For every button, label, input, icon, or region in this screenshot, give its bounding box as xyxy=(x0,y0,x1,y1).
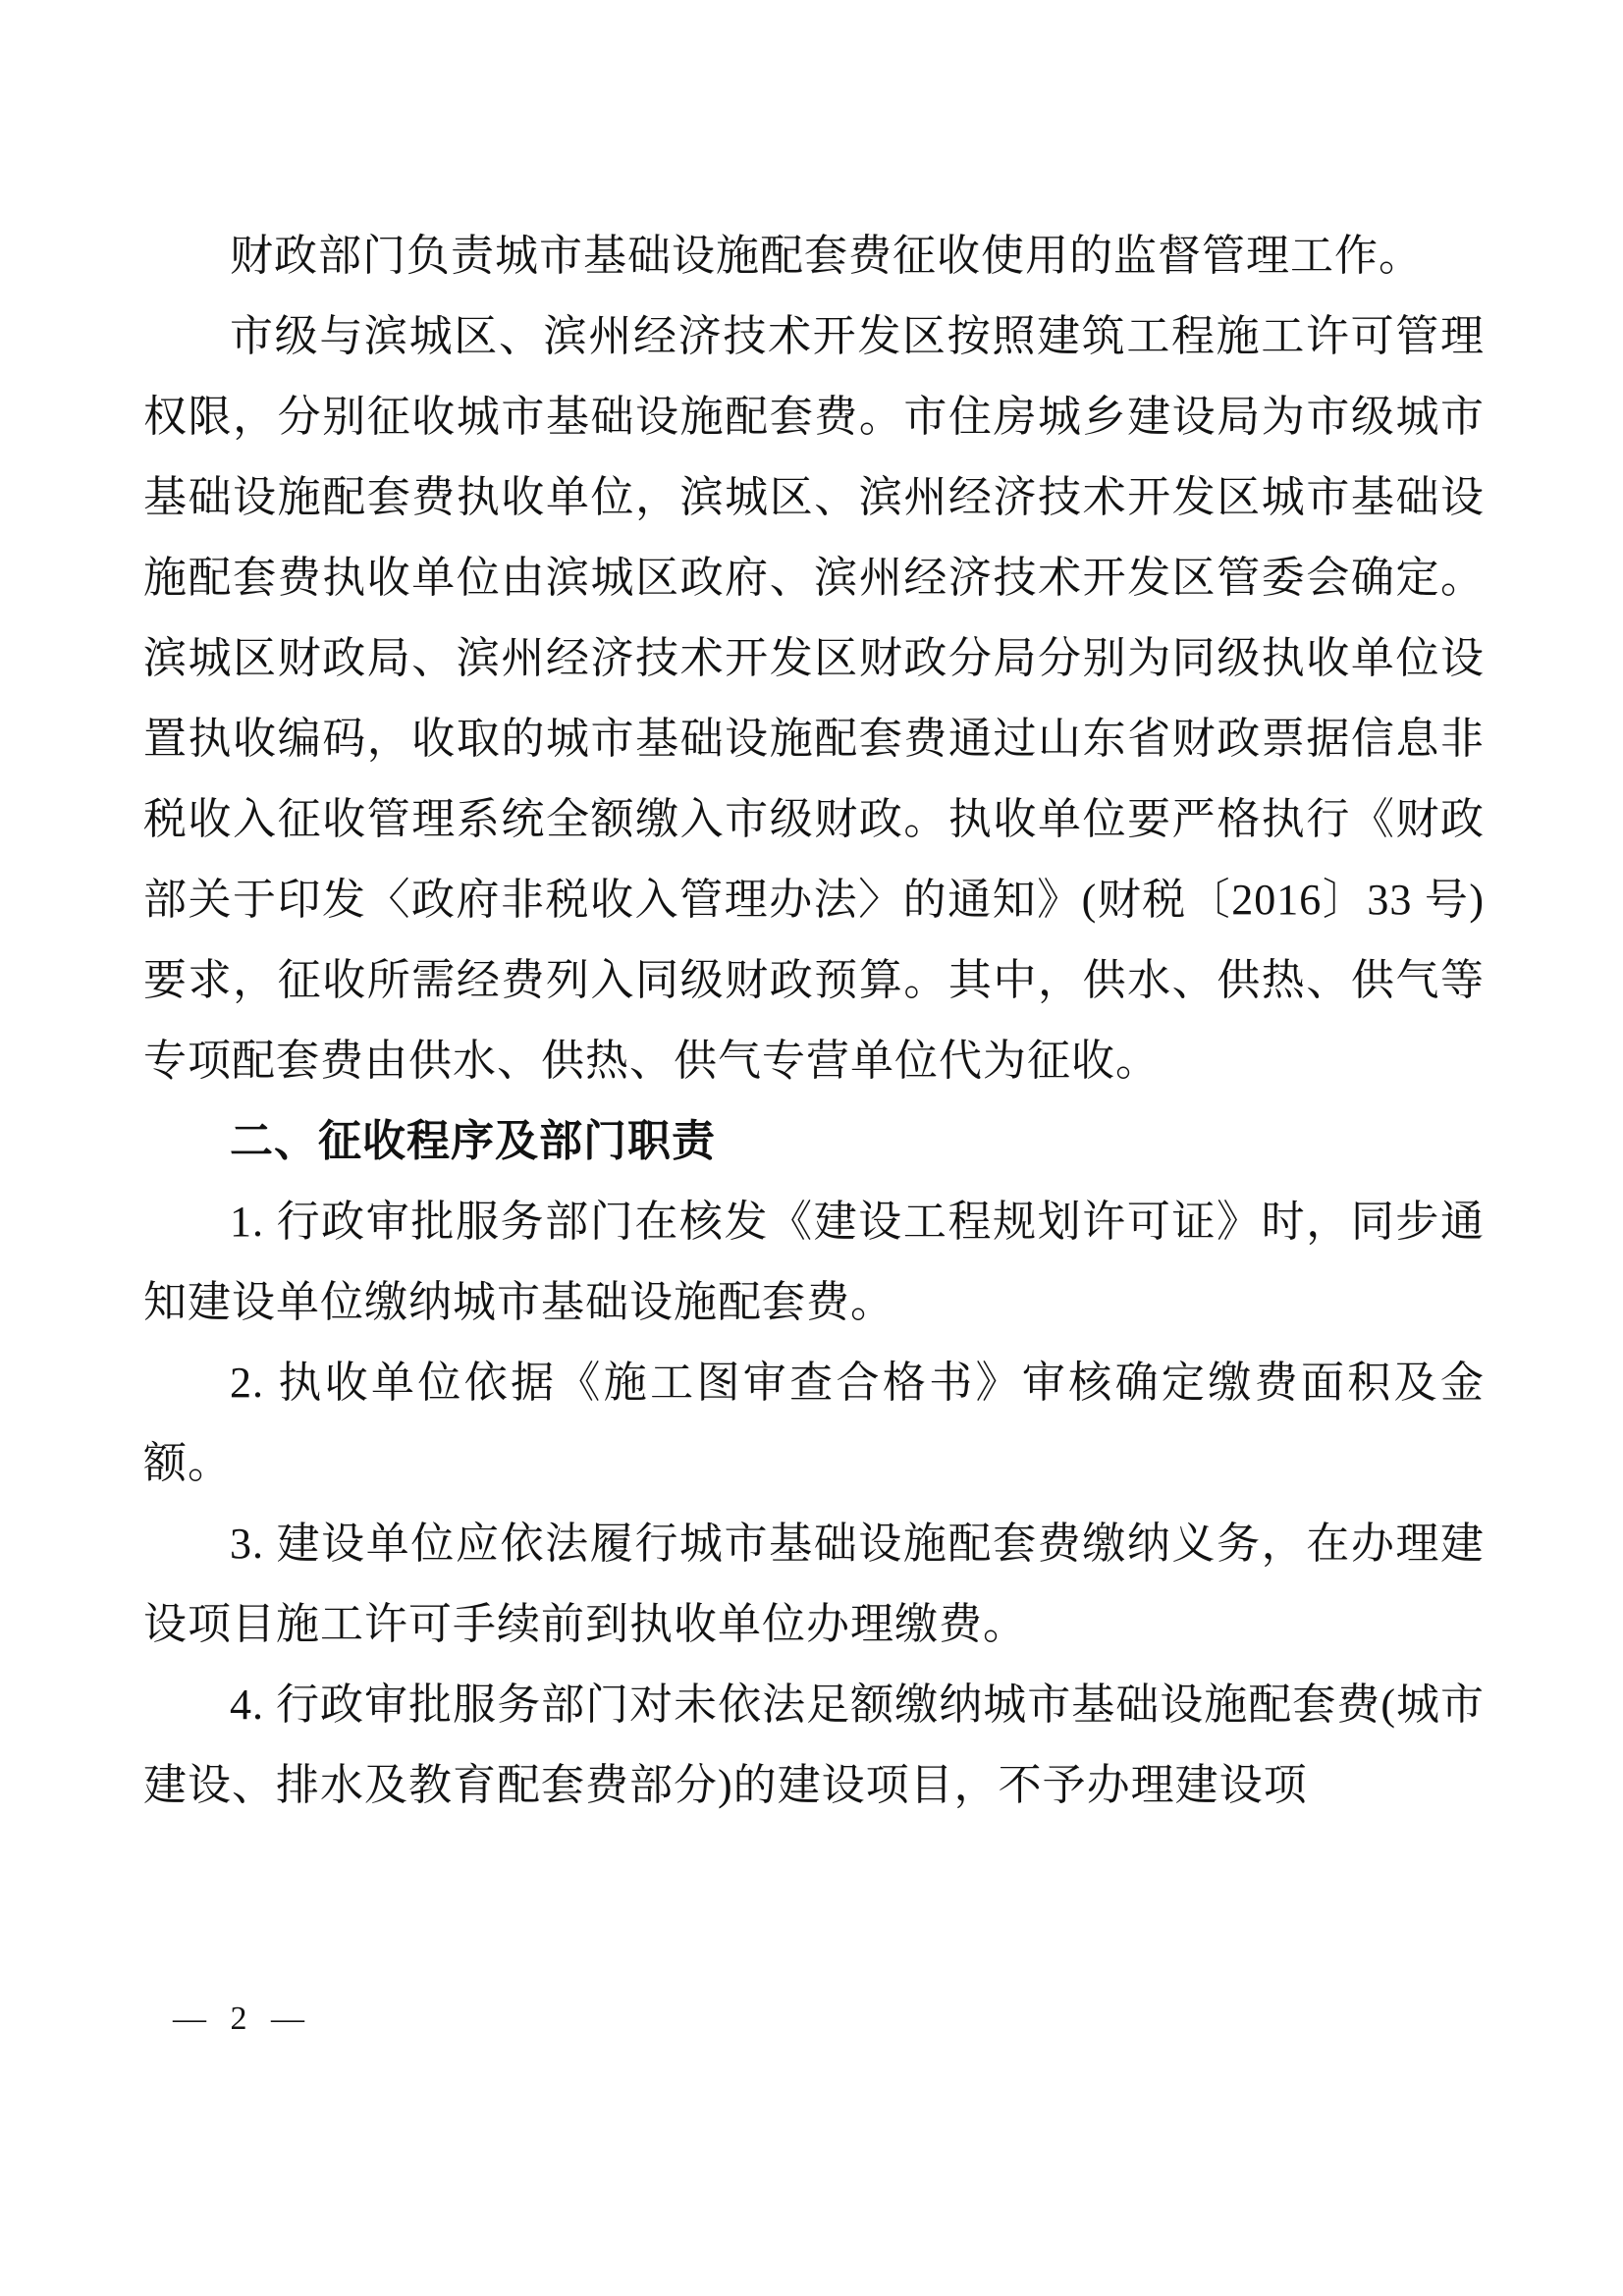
document-page: 财政部门负责城市基础设施配套费征收使用的监督管理工作。 市级与滨城区、滨州经济技… xyxy=(0,0,1623,2296)
paragraph-supervision: 财政部门负责城市基础设施配套费征收使用的监督管理工作。 xyxy=(143,216,1485,296)
list-item-4: 4. 行政审批服务部门对未依法足额缴纳城市基础设施配套费(城市建设、排水及教育配… xyxy=(143,1665,1485,1826)
list-item-1: 1. 行政审批服务部门在核发《建设工程规划许可证》时，同步通知建设单位缴纳城市基… xyxy=(143,1182,1485,1343)
document-body: 财政部门负责城市基础设施配套费征收使用的监督管理工作。 市级与滨城区、滨州经济技… xyxy=(143,216,1485,1826)
paragraph-collection-authority: 市级与滨城区、滨州经济技术开发区按照建筑工程施工许可管理权限，分别征收城市基础设… xyxy=(143,296,1485,1101)
page-number: — 2 — xyxy=(173,2001,312,2038)
section-heading-procedures: 二、征收程序及部门职责 xyxy=(143,1101,1485,1182)
list-item-3: 3. 建设单位应依法履行城市基础设施配套费缴纳义务，在办理建设项目施工许可手续前… xyxy=(143,1504,1485,1665)
list-item-2: 2. 执收单位依据《施工图审查合格书》审核确定缴费面积及金额。 xyxy=(143,1343,1485,1504)
